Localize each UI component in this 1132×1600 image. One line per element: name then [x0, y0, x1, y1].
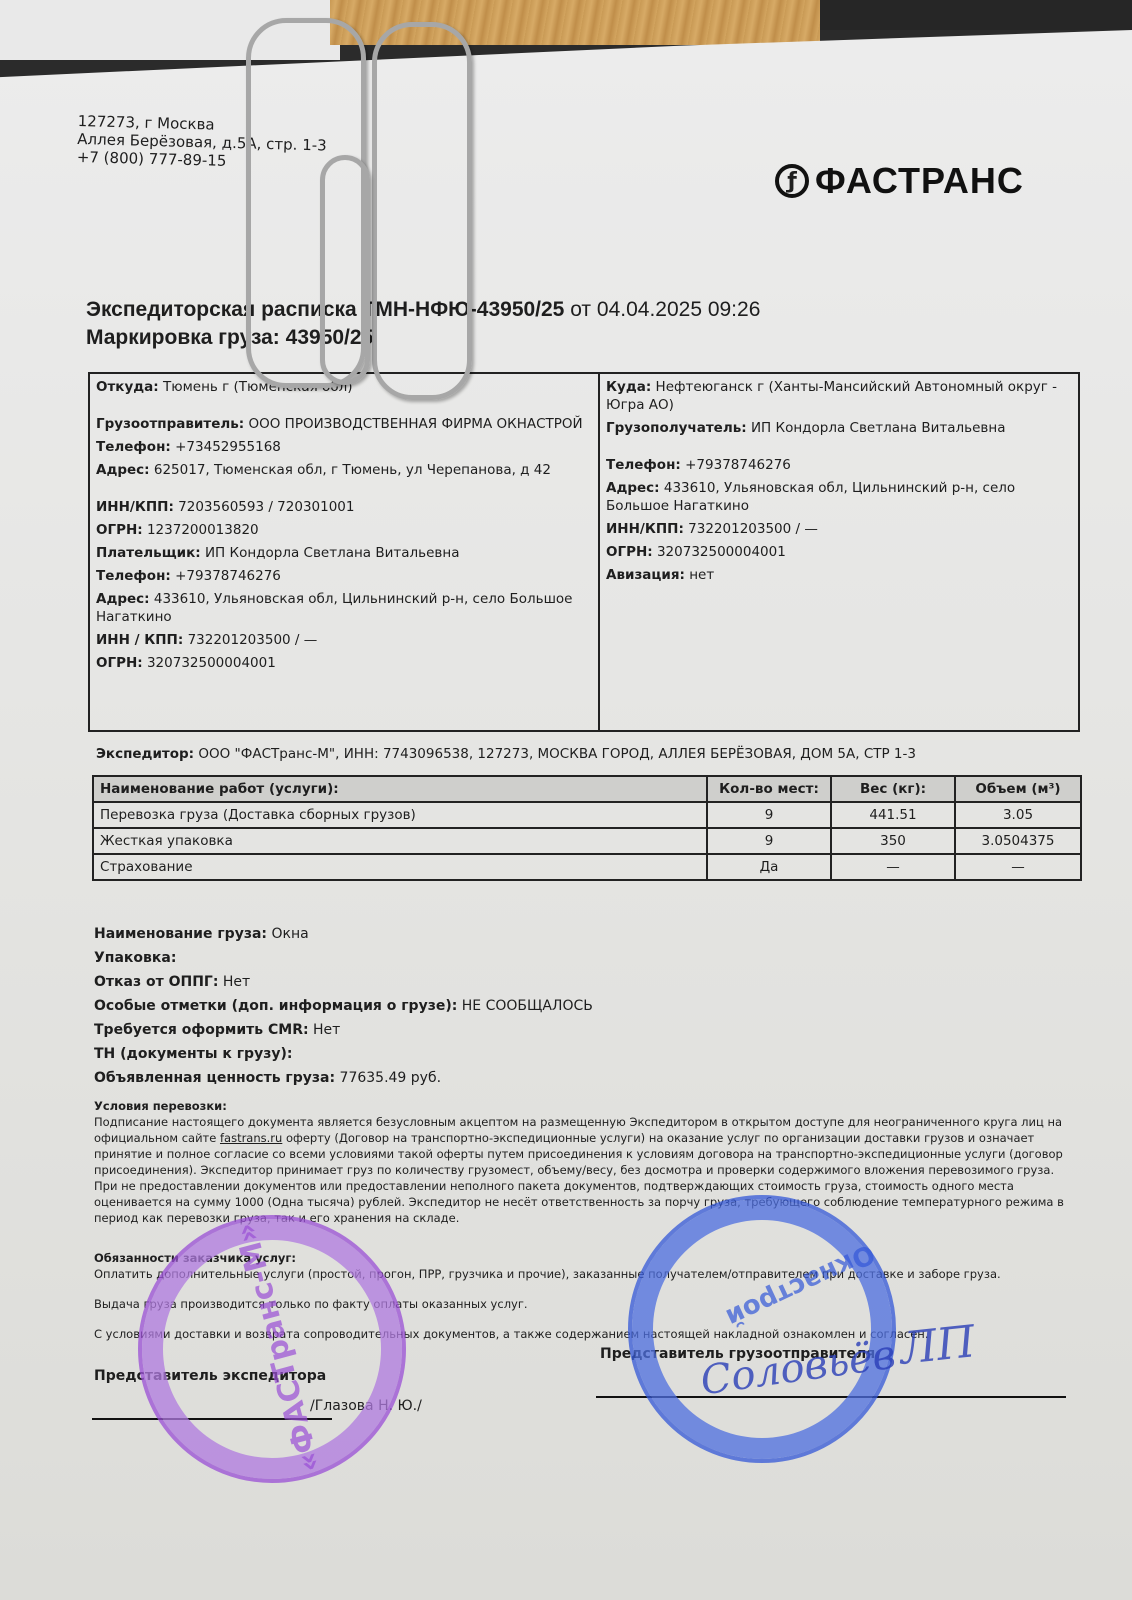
field-label: Телефон: — [606, 457, 681, 473]
weight: 441.51 — [831, 802, 955, 828]
shipper-signature-initials: ЛП — [898, 1316, 978, 1375]
volume: 3.05 — [955, 802, 1081, 828]
consignee-value: ИП Кондорла Светлана Витальевна — [751, 420, 1006, 436]
field-label: Адрес: — [606, 480, 660, 496]
places-count: 9 — [707, 828, 831, 854]
company-address: 127273, г Москва Аллея Берёзовая, д.5А, … — [77, 112, 328, 173]
payer-ogrn: 320732500004001 — [147, 655, 276, 671]
marking-label: Маркировка груза: — [86, 326, 280, 349]
column-header: Вес (кг): — [831, 776, 955, 802]
payer-address: 433610, Ульяновская обл, Цильнинский р-н… — [96, 591, 573, 625]
receipt-number: Экспедиторская расписка ТМН-НФЮ-43950/25 — [86, 298, 564, 321]
field-label: Отказ от ОППГ: — [94, 974, 218, 990]
document-title: Экспедиторская расписка ТМН-НФЮ-43950/25… — [86, 296, 760, 352]
cargo-name: Окна — [271, 926, 308, 942]
cargo-cmr: Нет — [313, 1022, 340, 1038]
weight: 350 — [831, 828, 955, 854]
forwarder-rep-label: Представитель экспедитора — [94, 1368, 326, 1384]
weight: — — [831, 854, 955, 880]
field-label: Плательщик: — [96, 545, 201, 561]
field-label: Грузоотправитель: — [96, 416, 244, 432]
shipper-value: ООО ПРОИЗВОДСТВЕННАЯ ФИРМА ОКНАСТРОЙ — [249, 416, 583, 432]
receiver-column: Куда: Нефтеюганск г (Ханты-Мансийский Ав… — [600, 374, 1078, 730]
volume: — — [955, 854, 1081, 880]
conditions-title: Условия перевозки: — [94, 1099, 227, 1113]
payer-phone: +79378746276 — [175, 568, 281, 584]
shipper-inn: 7203560593 / 720301001 — [178, 499, 354, 515]
notify-value: нет — [689, 567, 714, 583]
fastrans-link[interactable]: fastrans.ru — [220, 1131, 282, 1145]
places-count: 9 — [707, 802, 831, 828]
payer-value: ИП Кондорла Светлана Витальевна — [205, 545, 460, 561]
forwarder-value: ООО "ФАСТранс-М", ИНН: 7743096538, 12727… — [198, 746, 916, 762]
field-label: Откуда: — [96, 379, 159, 395]
duties-line: Оплатить дополнительные услуги (простой,… — [94, 1266, 1079, 1282]
volume: 3.0504375 — [955, 828, 1081, 854]
background-paper — [0, 0, 340, 60]
field-label: Объявленная ценность груза: — [94, 1070, 335, 1086]
cargo-refusal: Нет — [223, 974, 250, 990]
table-row: Перевозка груза (Доставка сборных грузов… — [93, 802, 1081, 828]
field-label: ИНН/КПП: — [96, 499, 174, 515]
from-value: Тюмень г (Тюменская обл) — [163, 379, 353, 395]
to-value: Нефтеюганск г (Ханты-Мансийский Автономн… — [606, 379, 1057, 413]
field-label: ОГРН: — [96, 655, 143, 671]
field-label: Телефон: — [96, 568, 171, 584]
conditions-text: оферту (Договор на транспортно-экспедици… — [94, 1131, 1064, 1225]
forwarder-label: Экспедитор: — [96, 746, 194, 762]
shipper-phone: +73452955168 — [175, 439, 281, 455]
table-row: Жесткая упаковка 9 350 3.0504375 — [93, 828, 1081, 854]
duties-line: Выдача груза производится только по факт… — [94, 1296, 1079, 1312]
column-header: Объем (м³) — [955, 776, 1081, 802]
parties-block: Откуда: Тюмень г (Тюменская обл) Грузоот… — [88, 372, 1080, 732]
receipt-date: от 04.04.2025 09:26 — [570, 298, 760, 321]
field-label: ОГРН: — [96, 522, 143, 538]
field-label: Упаковка: — [94, 950, 176, 966]
sender-column: Откуда: Тюмень г (Тюменская обл) Грузоот… — [90, 374, 600, 730]
field-label: Куда: — [606, 379, 651, 395]
fastrans-logo-icon: ƒ — [775, 164, 809, 198]
service-name: Жесткая упаковка — [93, 828, 707, 854]
field-label: ТН (документы к грузу): — [94, 1046, 292, 1062]
shipper-ogrn: 1237200013820 — [147, 522, 259, 538]
company-logo: ƒ ФАСТРАНС — [775, 160, 1024, 202]
signature-line — [596, 1396, 1066, 1398]
consignee-phone: +79378746276 — [685, 457, 791, 473]
field-label: ИНН/КПП: — [606, 521, 684, 537]
field-label: ИНН / КПП: — [96, 632, 183, 648]
field-label: Наименование груза: — [94, 926, 267, 942]
field-label: Адрес: — [96, 591, 150, 607]
cargo-info: Наименование груза: Окна Упаковка: Отказ… — [94, 922, 593, 1090]
field-label: Особые отметки (доп. информация о грузе)… — [94, 998, 457, 1014]
consignee-inn: 732201203500 / — — [688, 521, 818, 537]
column-header: Наименование работ (услуги): — [93, 776, 707, 802]
table-row: Страхование Да — — — [93, 854, 1081, 880]
transport-conditions: Условия перевозки: Подписание настоящего… — [94, 1098, 1079, 1226]
forwarder-line: Экспедитор: ООО "ФАСТранс-М", ИНН: 77430… — [96, 746, 916, 762]
signature-line — [92, 1418, 332, 1420]
consignee-ogrn: 320732500004001 — [657, 544, 786, 560]
forwarder-rep-name: /Глазова Н. Ю./ — [310, 1398, 422, 1414]
cargo-notes: НЕ СООБЩАЛОСЬ — [462, 998, 593, 1014]
table-header-row: Наименование работ (услуги): Кол-во мест… — [93, 776, 1081, 802]
duties-title: Обязанности заказчика услуг: — [94, 1251, 296, 1265]
wooden-surface — [330, 0, 820, 45]
shipper-address: 625017, Тюменская обл, г Тюмень, ул Чере… — [154, 462, 551, 478]
payer-inn: 732201203500 / — — [188, 632, 318, 648]
consignee-address: 433610, Ульяновская обл, Цильнинский р-н… — [606, 480, 1015, 514]
cargo-declared-value: 77635.49 руб. — [340, 1070, 442, 1086]
places-count: Да — [707, 854, 831, 880]
column-header: Кол-во мест: — [707, 776, 831, 802]
field-label: Адрес: — [96, 462, 150, 478]
field-label: Требуется оформить CMR: — [94, 1022, 309, 1038]
field-label: Телефон: — [96, 439, 171, 455]
logo-text: ФАСТРАНС — [815, 160, 1024, 202]
field-label: Грузополучатель: — [606, 420, 747, 436]
service-name: Перевозка груза (Доставка сборных грузов… — [93, 802, 707, 828]
services-table: Наименование работ (услуги): Кол-во мест… — [92, 775, 1082, 881]
dark-background — [820, 0, 1132, 30]
marking-value: 43950/25 — [286, 326, 374, 349]
service-name: Страхование — [93, 854, 707, 880]
field-label: ОГРН: — [606, 544, 653, 560]
field-label: Авизация: — [606, 567, 685, 583]
